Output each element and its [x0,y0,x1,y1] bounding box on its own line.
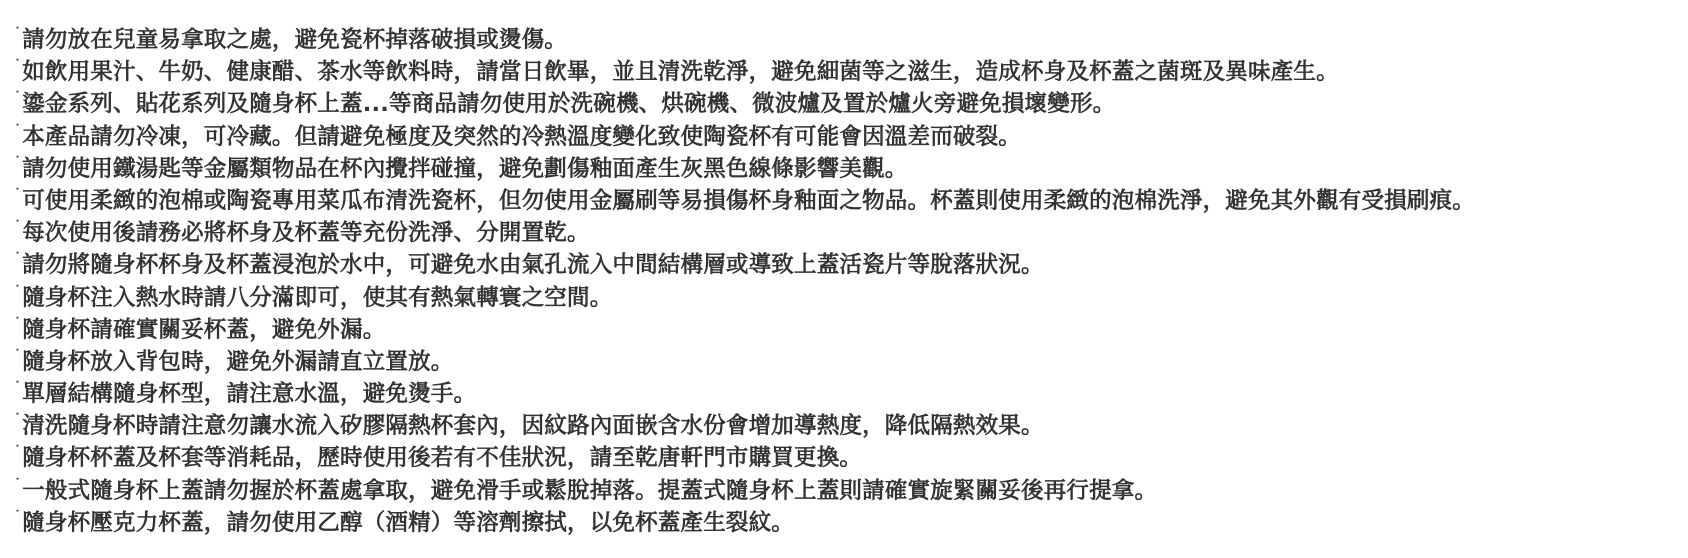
bullet-dot-icon: ˙ [14,24,21,44]
instruction-text: 請勿放在兒童易拿取之處，避免瓷杯掉落破損或燙傷。 [22,27,567,53]
list-item: ˙隨身杯壓克力杯蓋，請勿使用乙醇（酒精）等溶劑擦拭，以免杯蓋產生裂紋。 [14,507,1475,539]
list-item: ˙可使用柔緻的泡棉或陶瓷專用菜瓜布清洗瓷杯，但勿使用金屬刷等易損傷杯身釉面之物品… [14,185,1475,217]
list-item: ˙一般式隨身杯上蓋請勿握於杯蓋處拿取，避免滑手或鬆脫掉落。提蓋式隨身杯上蓋則請確… [14,475,1475,507]
bullet-dot-icon: ˙ [14,346,21,366]
list-item: ˙請勿放在兒童易拿取之處，避免瓷杯掉落破損或燙傷。 [14,24,1475,56]
instruction-text: 隨身杯請確實關妥杯蓋，避免外漏。 [22,317,385,343]
bullet-dot-icon: ˙ [14,88,21,108]
instruction-text: 請勿使用鐵湯匙等金屬類物品在杯內攪拌碰撞，避免劃傷釉面產生灰黑色線條影響美觀。 [22,156,907,182]
bullet-dot-icon: ˙ [14,442,21,462]
instruction-text: 隨身杯杯蓋及杯套等消耗品，歷時使用後若有不佳狀況，請至乾唐軒門市購買更換。 [22,445,862,471]
bullet-dot-icon: ˙ [14,249,21,269]
instruction-text: 清洗隨身杯時請注意勿讓水流入矽膠隔熱杯套內，因紋路內面嵌含水份會增加導熱度，降低… [22,413,1044,439]
instruction-text: 隨身杯壓克力杯蓋，請勿使用乙醇（酒精）等溶劑擦拭，以免杯蓋產生裂紋。 [22,510,794,536]
care-instructions-list: ˙請勿放在兒童易拿取之處，避免瓷杯掉落破損或燙傷。 ˙如飲用果汁、牛奶、健康醋、… [14,24,1475,539]
instruction-text: 如飲用果汁、牛奶、健康醋、茶水等飲料時，請當日飲畢，並且清洗乾淨，避免細菌等之滋… [22,59,1339,85]
bullet-dot-icon: ˙ [14,282,21,302]
list-item: ˙隨身杯請確實關妥杯蓋，避免外漏。 [14,314,1475,346]
bullet-dot-icon: ˙ [14,217,21,237]
bullet-dot-icon: ˙ [14,185,21,205]
list-item: ˙隨身杯注入熱水時請八分滿即可，使其有熱氣轉寰之空間。 [14,282,1475,314]
bullet-dot-icon: ˙ [14,475,21,495]
instruction-text: 每次使用後請務必將杯身及杯蓋等充份洗淨、分開置乾。 [22,220,590,246]
bullet-dot-icon: ˙ [14,314,21,334]
bullet-dot-icon: ˙ [14,121,21,141]
instruction-text: 一般式隨身杯上蓋請勿握於杯蓋處拿取，避免滑手或鬆脫掉落。提蓋式隨身杯上蓋則請確實… [22,478,1157,504]
instruction-text: 請勿將隨身杯杯身及杯蓋浸泡於水中，可避免水由氣孔流入中間結構層或導致上蓋活瓷片等… [22,252,1044,278]
list-item: ˙請勿將隨身杯杯身及杯蓋浸泡於水中，可避免水由氣孔流入中間結構層或導致上蓋活瓷片… [14,249,1475,281]
instruction-text: 單層結構隨身杯型，請注意水溫，避免燙手。 [22,381,476,407]
instruction-text: 隨身杯放入背包時，避免外漏請直立置放。 [22,349,453,375]
instruction-text: 隨身杯注入熱水時請八分滿即可，使其有熱氣轉寰之空間。 [22,285,612,311]
bullet-dot-icon: ˙ [14,56,21,76]
instruction-text: 可使用柔緻的泡棉或陶瓷專用菜瓜布清洗瓷杯，但勿使用金屬刷等易損傷杯身釉面之物品。… [22,188,1475,214]
list-item: ˙鎏金系列、貼花系列及隨身杯上蓋...等商品請勿使用於洗碗機、烘碗機、微波爐及置… [14,88,1475,120]
list-item: ˙隨身杯放入背包時，避免外漏請直立置放。 [14,346,1475,378]
bullet-dot-icon: ˙ [14,410,21,430]
list-item: ˙隨身杯杯蓋及杯套等消耗品，歷時使用後若有不佳狀況，請至乾唐軒門市購買更換。 [14,442,1475,474]
list-item: ˙每次使用後請務必將杯身及杯蓋等充份洗淨、分開置乾。 [14,217,1475,249]
list-item: ˙清洗隨身杯時請注意勿讓水流入矽膠隔熱杯套內，因紋路內面嵌含水份會增加導熱度，降… [14,410,1475,442]
instruction-text: 本產品請勿冷凍，可冷藏。但請避免極度及突然的冷熱溫度變化致使陶瓷杯有可能會因溫差… [22,124,1021,150]
list-item: ˙單層結構隨身杯型，請注意水溫，避免燙手。 [14,378,1475,410]
bullet-dot-icon: ˙ [14,507,21,527]
bullet-dot-icon: ˙ [14,378,21,398]
instruction-text: 鎏金系列、貼花系列及隨身杯上蓋...等商品請勿使用於洗碗機、烘碗機、微波爐及置於… [22,91,1115,117]
list-item: ˙請勿使用鐵湯匙等金屬類物品在杯內攪拌碰撞，避免劃傷釉面產生灰黑色線條影響美觀。 [14,153,1475,185]
list-item: ˙如飲用果汁、牛奶、健康醋、茶水等飲料時，請當日飲畢，並且清洗乾淨，避免細菌等之… [14,56,1475,88]
bullet-dot-icon: ˙ [14,153,21,173]
list-item: ˙本產品請勿冷凍，可冷藏。但請避免極度及突然的冷熱溫度變化致使陶瓷杯有可能會因溫… [14,121,1475,153]
